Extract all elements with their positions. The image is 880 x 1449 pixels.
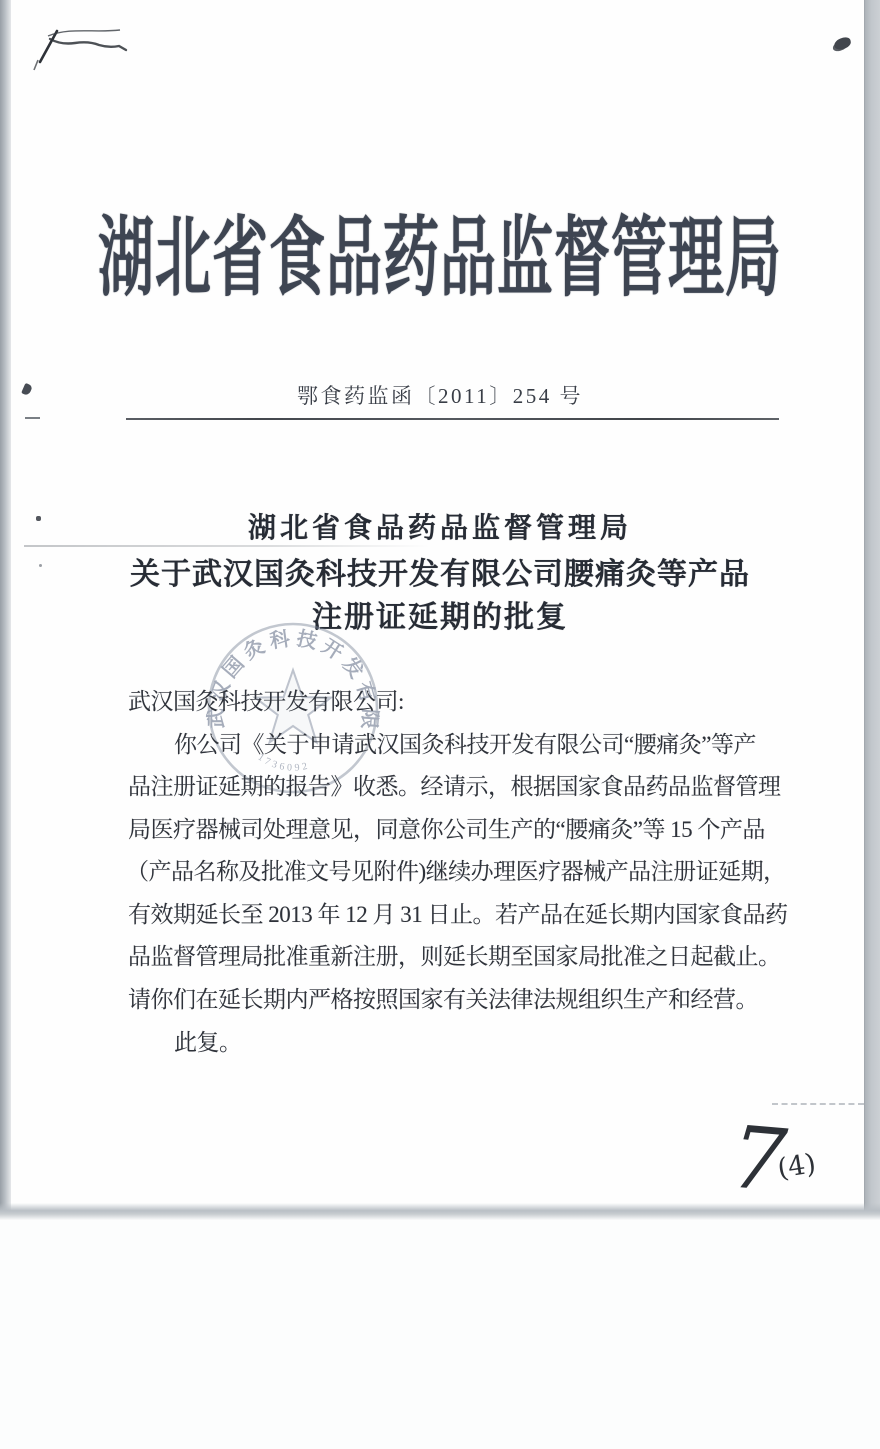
handwritten-page-number: 7 (4) bbox=[690, 1090, 880, 1220]
document-number: 鄂食药监函〔2011〕254 号 bbox=[0, 380, 880, 410]
closing-phrase: 此复。 bbox=[174, 1024, 242, 1057]
body-line: 请你们在延长期内严格按照国家有关法律法规组织生产和经营。 bbox=[128, 981, 758, 1014]
body-line: 品注册证延期的报告》收悉。经请示，根据国家食品药品监督管理 bbox=[128, 768, 781, 801]
page-number-sub-text: (4) bbox=[775, 1148, 818, 1185]
margin-mark bbox=[25, 417, 40, 419]
body-line: 有效期延长至 2013 年 12 月 31 日止。若产品在延长期内国家食品药 bbox=[128, 896, 788, 929]
body-line: 你公司《关于申请武汉国灸科技开发有限公司“腰痛灸”等产 bbox=[174, 726, 756, 759]
letterhead-divider bbox=[126, 418, 779, 420]
salutation: 武汉国灸科技开发有限公司: bbox=[128, 683, 404, 716]
body-line: 品监督管理局批准重新注册，则延长期至国家局批准之日起截止。 bbox=[128, 938, 781, 971]
document-title-line-2: 关于武汉国灸科技开发有限公司腰痛灸等产品 bbox=[0, 549, 880, 593]
ink-blot bbox=[833, 36, 852, 51]
background-below-page bbox=[0, 1220, 880, 1449]
scanned-document: 湖北省食品药品监督管理局 鄂食药监函〔2011〕254 号 湖北省食品药品监督管… bbox=[0, 0, 880, 1449]
document-title-line-1: 湖北省食品药品监督管理局 bbox=[0, 506, 880, 546]
pen-scribble-icon bbox=[28, 10, 148, 76]
body-line: （产品名称及批准文号见附件)继续办理医疗器械产品注册证延期， bbox=[126, 853, 786, 886]
body-line: 局医疗器械司处理意见，同意你公司生产的“腰痛灸”等 15 个产品 bbox=[128, 811, 765, 844]
document-title-line-3: 注册证延期的批复 bbox=[0, 592, 880, 636]
agency-letterhead: 湖北省食品药品监督管理局 bbox=[0, 190, 880, 314]
